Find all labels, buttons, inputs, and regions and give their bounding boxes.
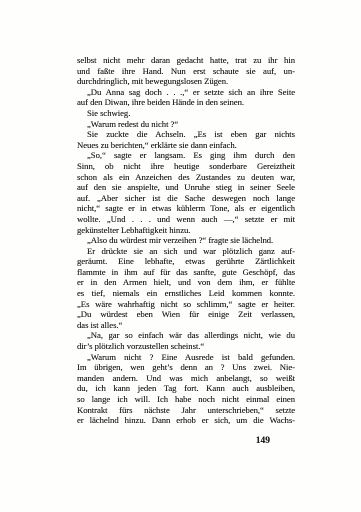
- text-line: er in den Armen hielt, und von dem ihm, …: [77, 277, 295, 288]
- text-line: Sinn, ob nicht ihre heutige sonderbare G…: [77, 161, 295, 172]
- book-page: selbst nicht mehr daran gedacht hatte, t…: [0, 0, 361, 512]
- page-number: 149: [77, 436, 295, 446]
- text-line: „Warum redest du nicht ?“: [77, 119, 295, 130]
- text-line: Im übrigen, wen geht’s denn an ? Uns zwe…: [77, 362, 295, 373]
- text-line: flammte in ihm auf für das sanfte, gute …: [77, 267, 295, 278]
- text-line: Sie schwieg.: [77, 108, 295, 119]
- text-line: er lächelnd hinzu. Dann erhob er sich, u…: [77, 415, 295, 426]
- text-line: auf den sie anspielte, und Unruhe stieg …: [77, 182, 295, 193]
- text-line: „Warum nicht ? Eine Ausrede ist bald gef…: [77, 352, 295, 363]
- text-line: schon als ein Anzeichen des Zustandes zu…: [77, 172, 295, 183]
- text-line: wollte. „Und . . . und wenn auch —,“ set…: [77, 214, 295, 225]
- text-line: manden andern. Und was mich anbelangt, s…: [77, 373, 295, 384]
- text-line: „So,“ sagte er langsam. Es ging ihm durc…: [77, 150, 295, 161]
- text-line: „Es wäre wahrhaftig nicht so schlimm,“ s…: [77, 299, 295, 310]
- text-line: selbst nicht mehr daran gedacht hatte, t…: [77, 55, 295, 66]
- text-line: das ist alles.“: [77, 320, 295, 331]
- text-line: und faßte ihre Hand. Nun erst schaute si…: [77, 66, 295, 77]
- text-line: „Na, gar so einfach wär das allerdings n…: [77, 330, 295, 341]
- text-line: Sie zuckte die Achseln. „Es ist eben gar…: [77, 129, 295, 140]
- text-line: „Du würdest eben Wien für einige Zeit ve…: [77, 309, 295, 320]
- text-line: gekünstelter Lebhaftigkeit hinzu.: [77, 225, 295, 236]
- page-text: selbst nicht mehr daran gedacht hatte, t…: [77, 55, 295, 426]
- text-line: so lange ich will. Ich habe noch nicht e…: [77, 394, 295, 405]
- text-line: auf. „Aber sicher ist die Sache deswegen…: [77, 193, 295, 204]
- text-line: durchdringlich, mit bewegungslosen Zügen…: [77, 76, 295, 87]
- text-line: „Du Anna sag doch . . .,“ er setzte sich…: [77, 87, 295, 98]
- text-line: nicht,“ sagte er in etwas kühlerm Tone, …: [77, 203, 295, 214]
- text-line: „Also du würdest mir verzeihen ?“ fragte…: [77, 235, 295, 246]
- text-line: Er drückte sie an sich und war plötzlich…: [77, 246, 295, 257]
- text-line: du, ich kann jeden Tag fort. Kann auch a…: [77, 383, 295, 394]
- text-line: geräumt. Eine lebhafte, etwas gerührte Z…: [77, 256, 295, 267]
- text-line: es tief, niemals ein ernstliches Leid ko…: [77, 288, 295, 299]
- text-line: dir’s plötzlich vorzustellen scheinst.“: [77, 341, 295, 352]
- text-line: Kontrakt fürs nächste Jahr unterschriebe…: [77, 405, 295, 416]
- scanned-book-page: { "page": { "number": "149", "text_color…: [0, 0, 361, 512]
- text-line: Neues zu berichten,“ erklärte sie dann e…: [77, 140, 295, 151]
- text-line: auf den Diwan, ihre beiden Hände in den …: [77, 97, 295, 108]
